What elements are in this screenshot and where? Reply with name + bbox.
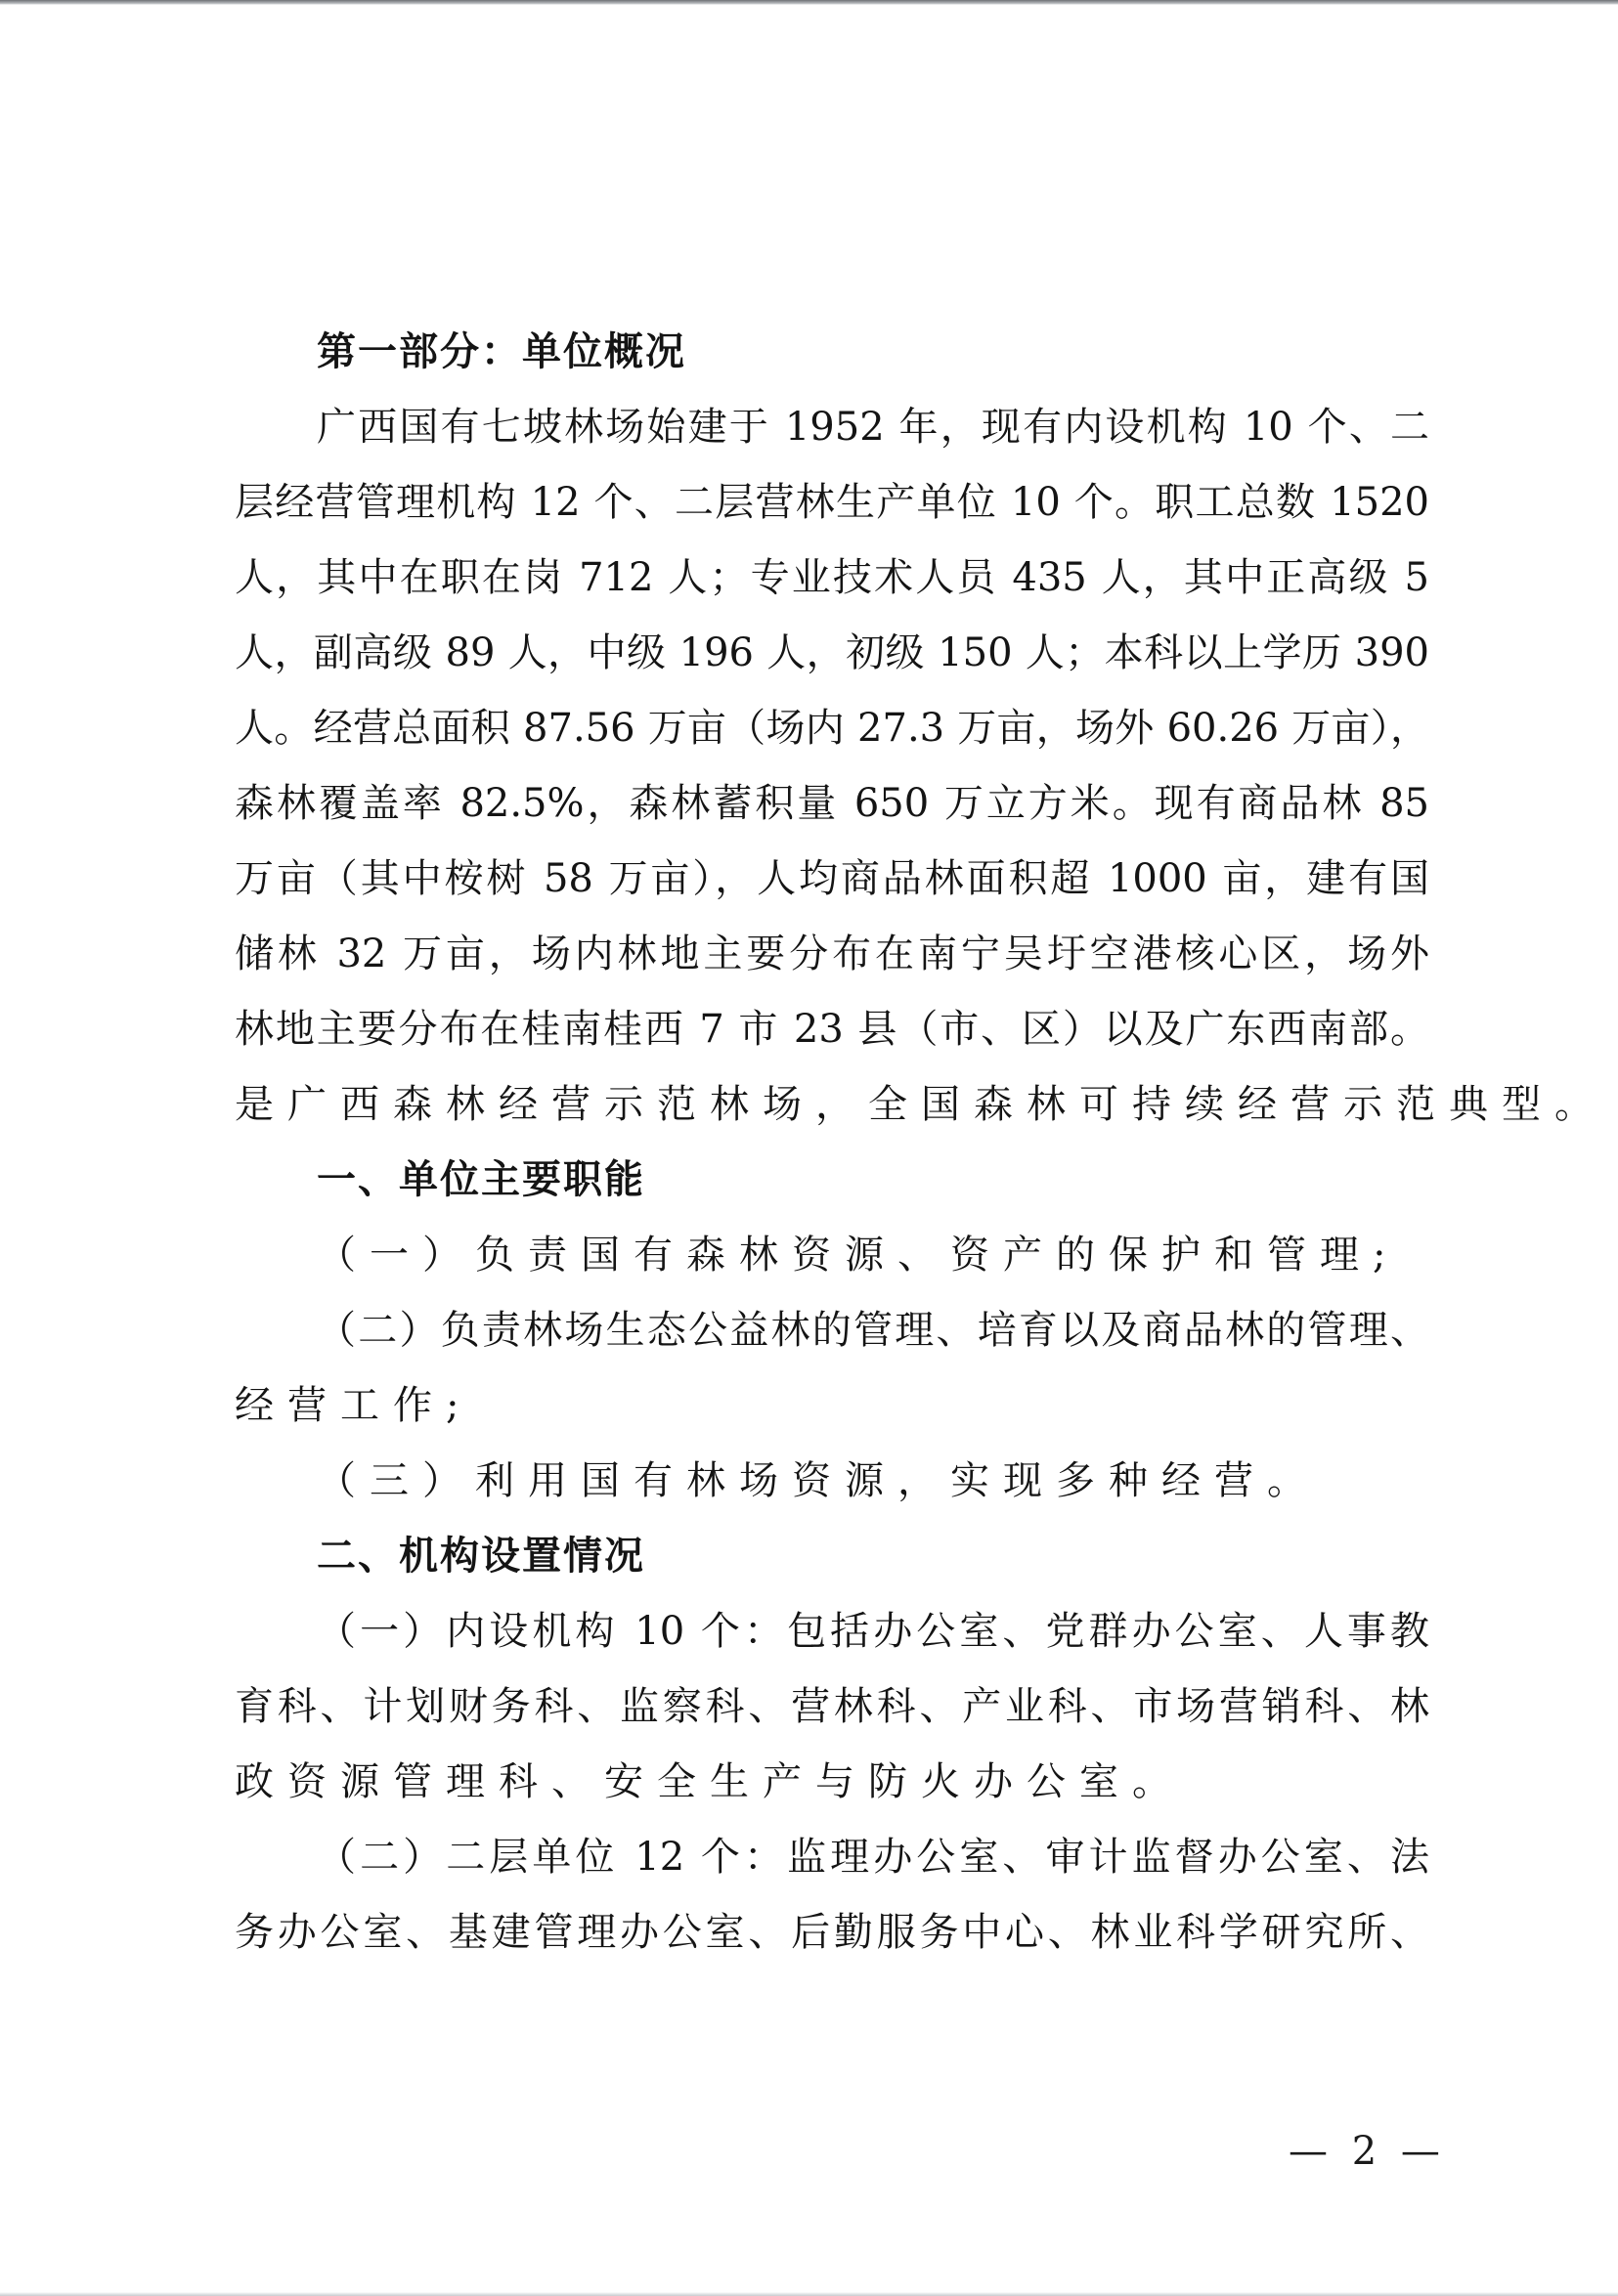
page-number: — 2 — [1289, 2129, 1446, 2174]
org-item-2-continued: 务办公室、基建管理办公室、后勤服务中心、林业科学研究所、 [235, 1895, 1429, 1971]
functions-list: （一）负责国有森林资源、资产的保护和管理; （二）负责林场生态公益林的管理、培育… [235, 1218, 1429, 1519]
paragraph-line: 人。经营总面积 87.56 万亩（场内 27.3 万亩，场外 60.26 万亩）… [235, 691, 1429, 766]
paragraph-line: 广西国有七坡林场始建于 1952 年，现有内设机构 10 个、二 [235, 390, 1429, 465]
section-title: 第一部分：单位概况 [235, 315, 1429, 390]
paragraph-line: 人，其中在职在岗 712 人；专业技术人员 435 人，其中正高级 5 [235, 541, 1429, 616]
paragraph-line: 是广西森林经营示范林场，全国森林可持续经营示范典型。 [235, 1067, 1429, 1143]
function-item-3: （三）利用国有林场资源，实现多种经营。 [235, 1444, 1429, 1519]
organization-heading: 二、机构设置情况 [235, 1519, 1429, 1594]
overview-paragraph: 广西国有七坡林场始建于 1952 年，现有内设机构 10 个、二 层经营管理机构… [235, 390, 1429, 1143]
scan-edge-top [0, 0, 1618, 5]
function-item-1: （一）负责国有森林资源、资产的保护和管理; [235, 1218, 1429, 1293]
function-item-2-continued: 经营工作; [235, 1368, 1429, 1444]
scan-edge-bottom [0, 2292, 1618, 2296]
org-item-1-continued: 政资源管理科、安全生产与防火办公室。 [235, 1745, 1429, 1820]
paragraph-line: 人，副高级 89 人，中级 196 人，初级 150 人；本科以上学历 390 [235, 616, 1429, 691]
organization-list: （一）内设机构 10 个：包括办公室、党群办公室、人事教 育科、计划财务科、监察… [235, 1594, 1429, 1971]
org-item-1-continued: 育科、计划财务科、监察科、营林科、产业科、市场营销科、林 [235, 1669, 1429, 1745]
function-item-2: （二）负责林场生态公益林的管理、培育以及商品林的管理、 [235, 1293, 1429, 1368]
org-item-1: （一）内设机构 10 个：包括办公室、党群办公室、人事教 [235, 1594, 1429, 1669]
paragraph-line: 储林 32 万亩，场内林地主要分布在南宁吴圩空港核心区，场外 [235, 917, 1429, 992]
functions-heading: 一、单位主要职能 [235, 1143, 1429, 1218]
org-item-2: （二）二层单位 12 个：监理办公室、审计监督办公室、法 [235, 1820, 1429, 1895]
paragraph-line: 林地主要分布在桂南桂西 7 市 23 县（市、区）以及广东西南部。 [235, 992, 1429, 1067]
paragraph-line: 森林覆盖率 82.5%，森林蓄积量 650 万立方米。现有商品林 85 [235, 766, 1429, 842]
paragraph-line: 层经营管理机构 12 个、二层营林生产单位 10 个。职工总数 1520 [235, 465, 1429, 541]
document-body: 第一部分：单位概况 广西国有七坡林场始建于 1952 年，现有内设机构 10 个… [235, 315, 1429, 1971]
paragraph-line: 万亩（其中桉树 58 万亩），人均商品林面积超 1000 亩，建有国 [235, 842, 1429, 917]
